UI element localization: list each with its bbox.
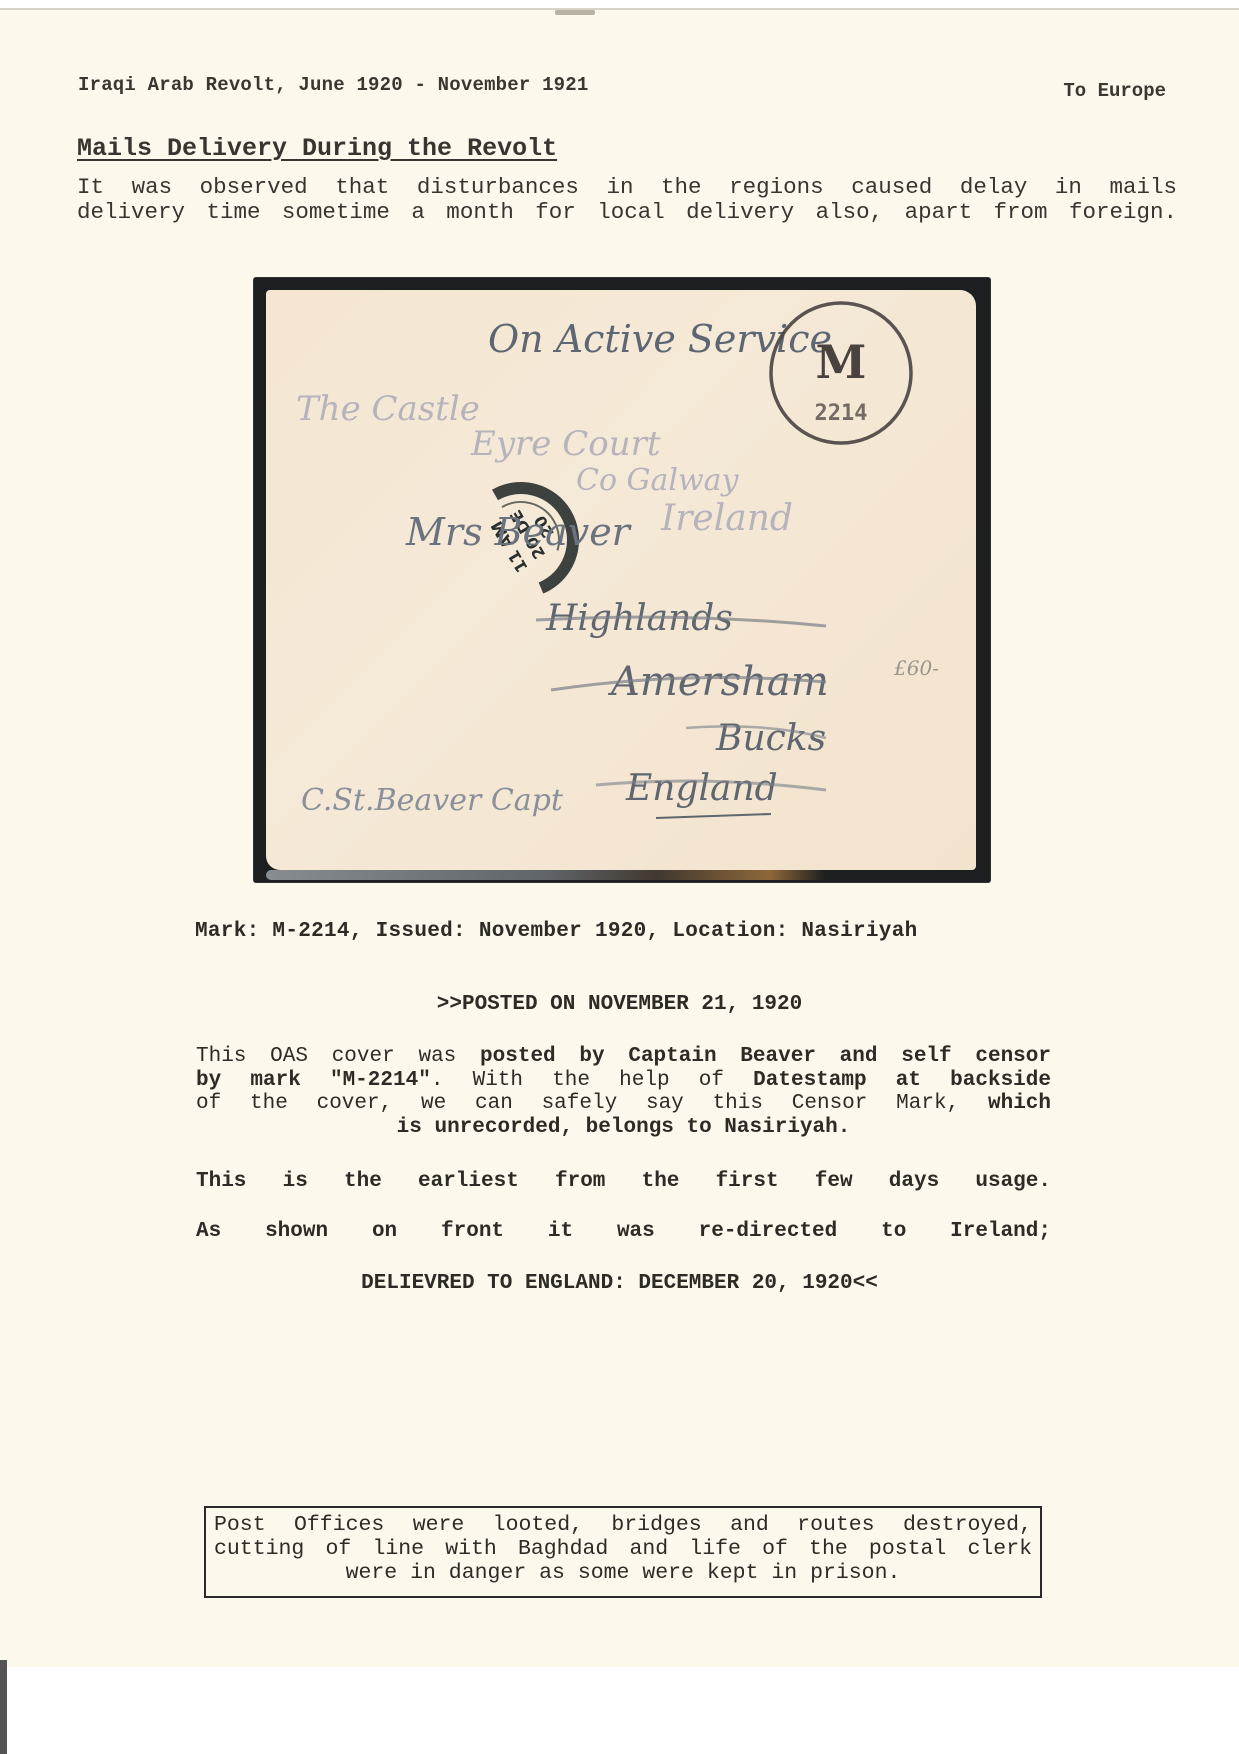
svg-text:M: M: [816, 335, 867, 389]
price-note: £60-: [893, 656, 939, 680]
sender-signature: C.St.Beaver Capt: [301, 783, 564, 818]
svg-text:Eyre Court: Eyre Court: [470, 424, 661, 464]
svg-text:Amersham: Amersham: [607, 659, 829, 705]
svg-text:Co Galway: Co Galway: [576, 463, 740, 498]
intro-paragraph: It was observed that disturbances in the…: [77, 175, 1177, 225]
struck-address: Highlands Amersham Bucks England: [536, 598, 829, 818]
intro-line: delivery time sometime a month for local…: [77, 200, 1177, 225]
svg-text:Bucks: Bucks: [715, 718, 826, 759]
description-line: by mark "M-2214". With the help of Dates…: [196, 1069, 1051, 1093]
mount-reflection: [266, 870, 826, 880]
redirect-note: As shown on front it was re-directed to …: [196, 1220, 1051, 1243]
cover-mount: On Active Service M 2214 The Castle Eyre…: [254, 278, 990, 882]
note-line: cutting of line with Baghdad and life of…: [214, 1537, 1032, 1561]
note-line: Post Offices were looted, bridges and ro…: [214, 1513, 1032, 1537]
posted-date: >>POSTED ON NOVEMBER 21, 1920: [0, 993, 1239, 1016]
description-line: is unrecorded, belongs to Nasiriyah.: [196, 1116, 1051, 1140]
cover-markings: On Active Service M 2214 The Castle Eyre…: [266, 290, 976, 870]
earliest-usage-note: This is the earliest from the first few …: [196, 1170, 1051, 1193]
page-edge-strip: [0, 1660, 7, 1754]
description-line: This OAS cover was posted by Captain Bea…: [196, 1045, 1051, 1069]
envelope-cover: On Active Service M 2214 The Castle Eyre…: [266, 290, 976, 870]
description-line: of the cover, we can safely say this Cen…: [196, 1092, 1051, 1116]
svg-text:The Castle: The Castle: [296, 389, 480, 429]
page-title: Mails Delivery During the Revolt: [77, 134, 557, 163]
note-line: were in danger as some were kept in pris…: [214, 1561, 1032, 1585]
page-tab-scrap: [555, 10, 595, 15]
svg-text:England: England: [625, 768, 778, 809]
mark-caption: Mark: M-2214, Issued: November 1920, Loc…: [195, 920, 918, 943]
svg-text:2214: 2214: [815, 401, 868, 426]
svg-text:Ireland: Ireland: [660, 498, 793, 539]
destination-label: To Europe: [1063, 80, 1166, 102]
addressee-name: Mrs Beaver: [405, 510, 633, 554]
intro-line: It was observed that disturbances in the…: [77, 175, 1177, 200]
description-paragraph: This OAS cover was posted by Captain Bea…: [196, 1045, 1051, 1139]
censor-mark-stamp: M 2214: [771, 303, 911, 443]
historical-note-box: Post Offices were looted, bridges and ro…: [204, 1506, 1042, 1598]
delivered-date: DELIEVRED TO ENGLAND: DECEMBER 20, 1920<…: [0, 1272, 1239, 1295]
exhibit-heading: Iraqi Arab Revolt, June 1920 - November …: [78, 74, 588, 96]
